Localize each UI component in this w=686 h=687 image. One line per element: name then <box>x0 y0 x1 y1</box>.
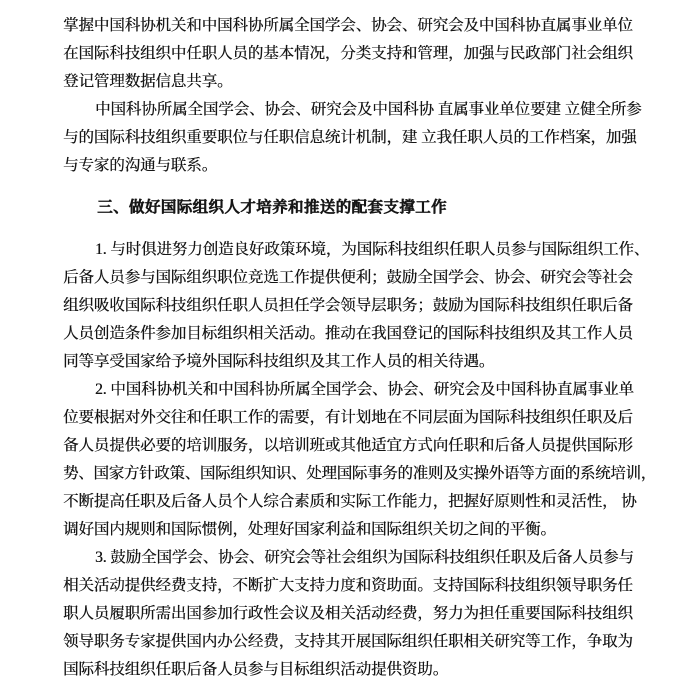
text-line: 与专家的沟通与联系。 <box>63 152 636 180</box>
text-line: 势、国家方针政策、国际组织知识、处理国际事务的准则及实操外语等方面的系统培训， <box>63 460 636 488</box>
text-line: 位要根据对外交往和任职工作的需要，有计划地在不同层面为国际科技组织任职及后 <box>63 404 636 432</box>
text-line: 中国科协所属全国学会、协会、研究会及中国科协 直属事业单位要建 立健全所参 <box>63 96 636 124</box>
text-line: 调好国内规则和国际惯例，处理好国家利益和国际组织关切之间的平衡。 <box>63 516 636 544</box>
text-line: 职人员履职所需出国参加行政性会议及相关活动经费，努力为担任重要国际科技组织 <box>63 600 636 628</box>
text-line: 与的国际科技组织重要职位与任职信息统计机制，建 立我任职人员的工作档案，加强 <box>63 124 636 152</box>
text-line: 不断提高任职及后备人员个人综合素质和实际工作能力，把握好原则性和灵活性， 协 <box>63 488 636 516</box>
text-line: 组织吸收国际科技组织任职人员担任学会领导层职务；鼓励为国际科技组织任职后备 <box>63 292 636 320</box>
text-line: 2. 中国科协机关和中国科协所属全国学会、协会、研究会及中国科协直属事业单 <box>63 376 636 404</box>
text-line: 领导职务专家提供国内办公经费，支持其开展国际组织任职相关研究等工作，争取为 <box>63 628 636 656</box>
text-line: 1. 与时俱进努力创造良好政策环境，为国际科技组织任职人员参与国际组织工作、 <box>63 236 636 264</box>
text-line: 3. 鼓励全国学会、协会、研究会等社会组织为国际科技组织任职及后备人员参与 <box>63 544 636 572</box>
section-heading: 三、做好国际组织人才培养和推送的配套支撑工作 <box>63 194 636 222</box>
text-line: 相关活动提供经费支持，不断扩大支持力度和资助面。支持国际科技组织领导职务任 <box>63 572 636 600</box>
text-line: 登记管理数据信息共享。 <box>63 68 636 96</box>
text-line: 同等享受国家给予境外国际科技组织及其工作人员的相关待遇。 <box>63 348 636 376</box>
document-text-body: 掌握中国科协机关和中国科协所属全国学会、协会、研究会及中国科协直属事业单位在国际… <box>63 12 636 684</box>
text-line: 备人员提供必要的培训服务，以培训班或其他适宜方式向任职和后备人员提供国际形 <box>63 432 636 460</box>
text-line: 在国际科技组织中任职人员的基本情况，分类支持和管理，加强与民政部门社会组织 <box>63 40 636 68</box>
text-line: 国际科技组织任职后备人员参与目标组织活动提供资助。 <box>63 656 636 684</box>
text-line: 后备人员参与国际组织职位竞选工作提供便利；鼓励全国学会、协会、研究会等社会 <box>63 264 636 292</box>
document-page: 掌握中国科协机关和中国科协所属全国学会、协会、研究会及中国科协直属事业单位在国际… <box>0 0 686 687</box>
text-line: 人员创造条件参加目标组织相关活动。推动在我国登记的国际科技组织及其工作人员 <box>63 320 636 348</box>
text-line: 掌握中国科协机关和中国科协所属全国学会、协会、研究会及中国科协直属事业单位 <box>63 12 636 40</box>
